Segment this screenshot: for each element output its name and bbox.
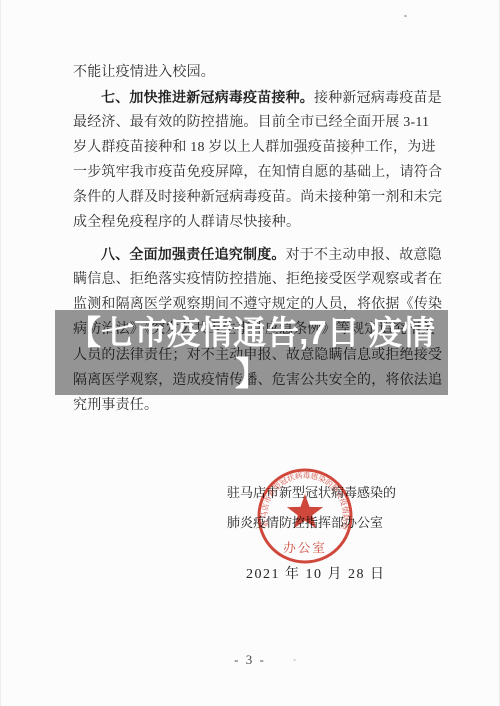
scan-speck	[351, 152, 353, 154]
body-line: 究刑事责任。	[73, 398, 158, 413]
scanned-document-page: 不能让疫情进入校园。 七、加快推进新冠病毒疫苗接种。接种新冠病毒疫苗是 最经济、…	[0, 0, 500, 706]
page-number: - 3 -	[0, 652, 500, 668]
section8-heading-line: 八、全面加强责任追究制度。对于不主动申报、故意隐	[73, 247, 442, 263]
caption-title-line1: 【七市疫情通告,7日 疫情	[68, 312, 435, 353]
section7-heading-line: 七、加快推进新冠病毒疫苗接种。接种新冠病毒疫苗是	[73, 90, 442, 106]
star-icon	[287, 494, 323, 528]
section8-heading: 八、全面加强责任追究制度。	[101, 246, 286, 262]
body-line: 一步筑牢我市疫苗免疫屏障，在知情自愿的基础上，请符合	[73, 165, 442, 180]
body-line: 最经济、最有效的防控措施。目前全市已经全面开展 3-11	[73, 115, 429, 130]
caption-title-line2: 】	[235, 353, 268, 394]
seal-bottom-text: 办公室	[283, 540, 327, 555]
section8-heading-tail: 对于不主动申报、故意隐	[286, 248, 442, 263]
body-line: 瞒信息、拒绝落实疫情防控措施、拒绝接受医学观察或者在	[73, 272, 442, 287]
body-line: 不能让疫情进入校园。	[73, 65, 215, 80]
official-seal: 驻马店市新型冠状病毒感染的肺炎疫情防控指挥部 办公室	[245, 456, 365, 576]
body-line: 成全程免疫程序的人群请尽快接种。	[73, 215, 300, 230]
scan-edge-left	[0, 0, 1, 706]
scan-speck	[293, 659, 296, 661]
document-date: 2021 年 10 月 28 日	[246, 563, 386, 583]
caption-banner: 【七市疫情通告,7日 疫情 】	[55, 310, 448, 395]
body-line: 条件的人群及时接种新冠病毒疫苗。尚未接种第一剂和未完	[73, 190, 442, 205]
scan-speck	[404, 15, 407, 17]
body-line: 岁人群疫苗接种和 18 岁以上人群加强疫苗接种工作，为进	[73, 140, 436, 155]
section7-heading: 七、加快推进新冠病毒疫苗接种。	[101, 89, 314, 105]
section7-heading-tail: 接种新冠病毒疫苗是	[314, 91, 442, 106]
